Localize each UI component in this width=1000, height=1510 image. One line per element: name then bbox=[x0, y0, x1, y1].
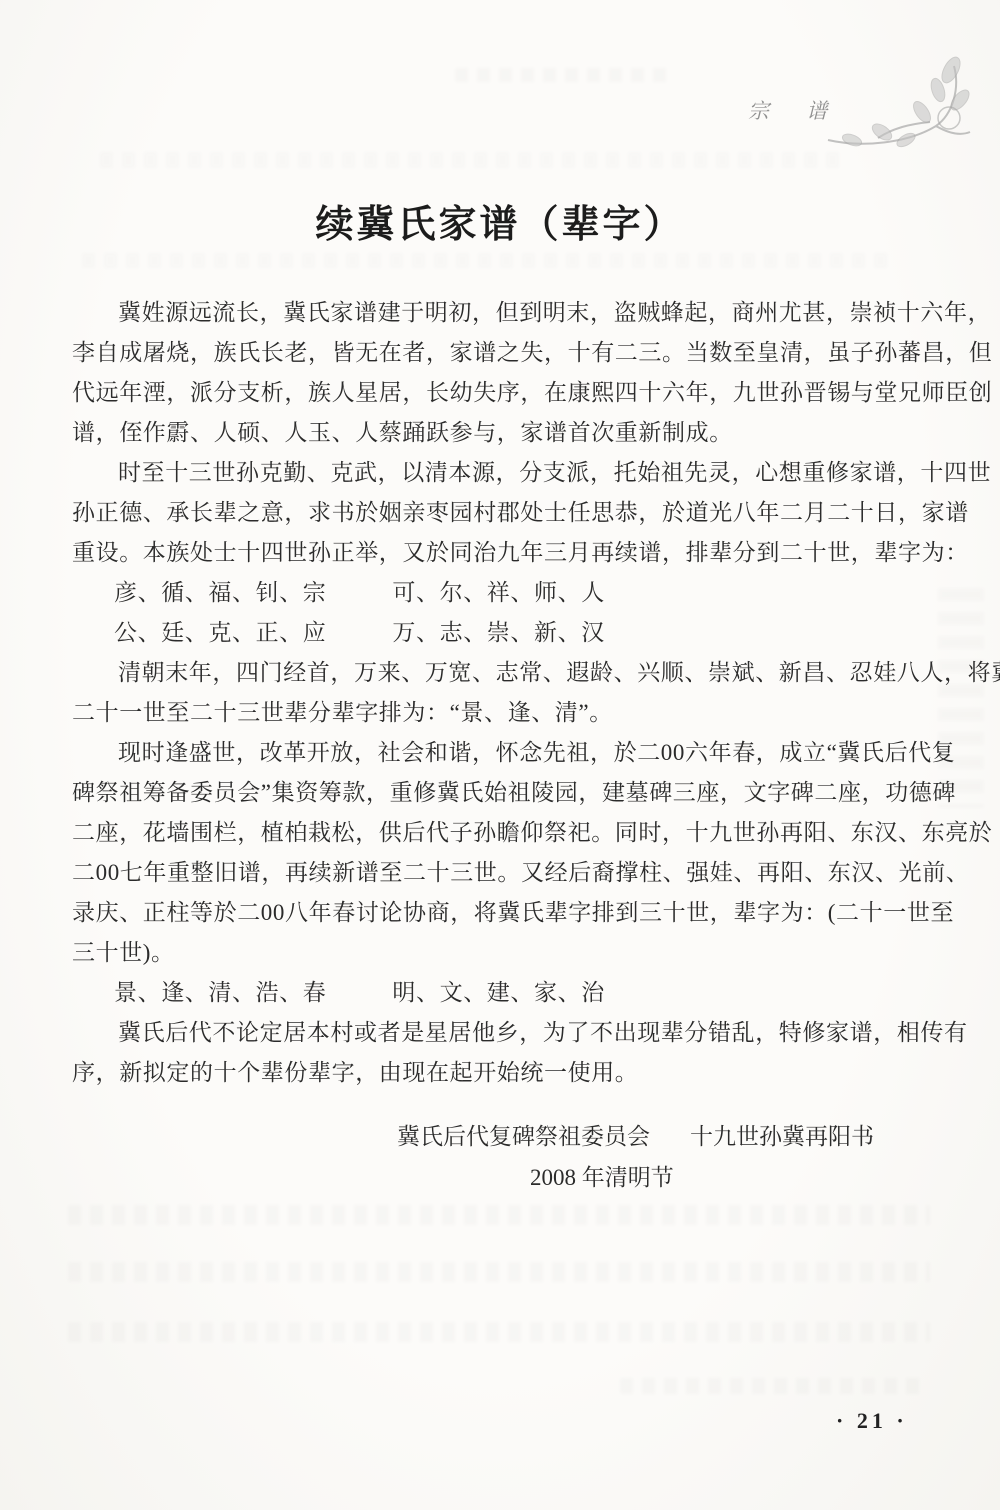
bleedthrough-artifact bbox=[100, 152, 840, 168]
paragraph-line: 冀姓源远流长，冀氏家谱建于明初，但到明末，盗贼蜂起，商州尤甚，崇祯十六年， bbox=[72, 293, 940, 333]
paragraph-line: 序，新拟定的十个辈份辈字，由现在起开始统一使用。 bbox=[72, 1053, 940, 1093]
bleedthrough-artifact bbox=[620, 1378, 920, 1394]
generation-group-left: 公、廷、克、正、应 bbox=[114, 620, 326, 645]
paragraph-line: 冀氏后代不论定居本村或者是星居他乡，为了不出现辈分错乱，特修家谱，相传有 bbox=[72, 1013, 940, 1053]
paragraph-line: 孙正德、承长辈之意，求书於姻亲枣园村郡处士任思恭，於道光八年二月二十日，家谱 bbox=[72, 493, 940, 533]
paragraph-line: 李自成屠烧，族氏长老，皆无在者，家谱之失，十有二三。当数至皇清，虽子孙蕃昌，但 bbox=[72, 333, 940, 373]
paragraph-line: 清朝末年，四门经首，万来、万宽、志常、遐龄、兴顺、崇斌、新昌、忍娃八人，将冀氏 bbox=[72, 653, 940, 693]
paragraph-line: 时至十三世孙克勤、克武，以清本源，分支派，托始祖先灵，心想重修家谱，十四世 bbox=[72, 453, 940, 493]
paragraph-line: 二00七年重整旧谱，再续新谱至二十三世。又经后裔撑柱、强娃、再阳、东汉、光前、 bbox=[72, 853, 940, 893]
paragraph-line: 代远年湮，派分支析，族人星居，长幼失序，在康熙四十六年，九世孙晋锡与堂兄师臣创 bbox=[72, 373, 940, 413]
generation-chars-row: 景、逢、清、浩、春明、文、建、家、治 bbox=[72, 973, 940, 1013]
generation-group-left: 景、逢、清、浩、春 bbox=[114, 980, 326, 1005]
bleedthrough-artifact bbox=[68, 1205, 930, 1225]
generation-chars-row: 彦、循、福、钊、宗可、尔、祥、师、人 bbox=[72, 573, 940, 613]
signature-date: 2008 年清明节 bbox=[72, 1158, 1000, 1198]
signature-writer: 十九世孙冀再阳书 bbox=[690, 1124, 874, 1149]
paragraph-line: 二座，花墙围栏，植柏栽松，供后代子孙瞻仰祭祀。同时，十九世孙再阳、东汉、东亮於 bbox=[72, 813, 940, 853]
signature-line: 冀氏后代复碑祭祖委员会十九世孙冀再阳书 bbox=[72, 1117, 1000, 1157]
generation-group-right: 可、尔、祥、师、人 bbox=[392, 580, 604, 605]
bleedthrough-artifact bbox=[68, 1262, 930, 1282]
signature-committee: 冀氏后代复碑祭祖委员会 bbox=[397, 1124, 650, 1149]
paragraph-line: 现时逢盛世，改革开放，社会和谐，怀念先祖，於二00六年春，成立“冀氏后代复 bbox=[72, 733, 940, 773]
paragraph-line: 三十世)。 bbox=[72, 933, 940, 973]
flower-decoration-icon bbox=[818, 48, 978, 163]
bleedthrough-artifact bbox=[82, 253, 892, 268]
generation-group-right: 万、志、崇、新、汉 bbox=[392, 620, 604, 645]
page-number: · 21 · bbox=[836, 1408, 908, 1434]
paragraph-line: 录庆、正柱等於二00八年春讨论协商，将冀氏辈字排到三十世，辈字为：(二十一世至 bbox=[72, 893, 940, 933]
paragraph-line: 二十一世至二十三世辈分辈字排为：“景、逢、清”。 bbox=[72, 693, 940, 733]
scanned-book-page: 宗 谱 续冀氏家谱（辈字） 冀姓源远流长，冀氏家谱建于明初，但到明末，盗贼蜂起，… bbox=[0, 0, 1000, 1510]
bleedthrough-artifact bbox=[68, 1322, 930, 1342]
bleedthrough-artifact bbox=[938, 588, 984, 808]
paragraph-line: 谱，侄作霨、人硕、人玉、人蔡踊跃参与，家谱首次重新制成。 bbox=[72, 413, 940, 453]
generation-chars-row: 公、廷、克、正、应万、志、崇、新、汉 bbox=[72, 613, 940, 653]
generation-group-right: 明、文、建、家、治 bbox=[392, 980, 604, 1005]
paragraph-line: 重设。本族处士十四世孙正举，又於同治九年三月再续谱，排辈分到二十世，辈字为： bbox=[72, 533, 940, 573]
generation-group-left: 彦、循、福、钊、宗 bbox=[114, 580, 326, 605]
bleedthrough-artifact bbox=[455, 68, 670, 82]
paragraph-line: 碑祭祖筹备委员会”集资筹款，重修冀氏始祖陵园，建墓碑三座，文字碑二座，功德碑 bbox=[72, 773, 940, 813]
page-title: 续冀氏家谱（辈字） bbox=[0, 193, 1000, 248]
body-text: 冀姓源远流长，冀氏家谱建于明初，但到明末，盗贼蜂起，商州尤甚，崇祯十六年， 李自… bbox=[72, 293, 940, 1093]
